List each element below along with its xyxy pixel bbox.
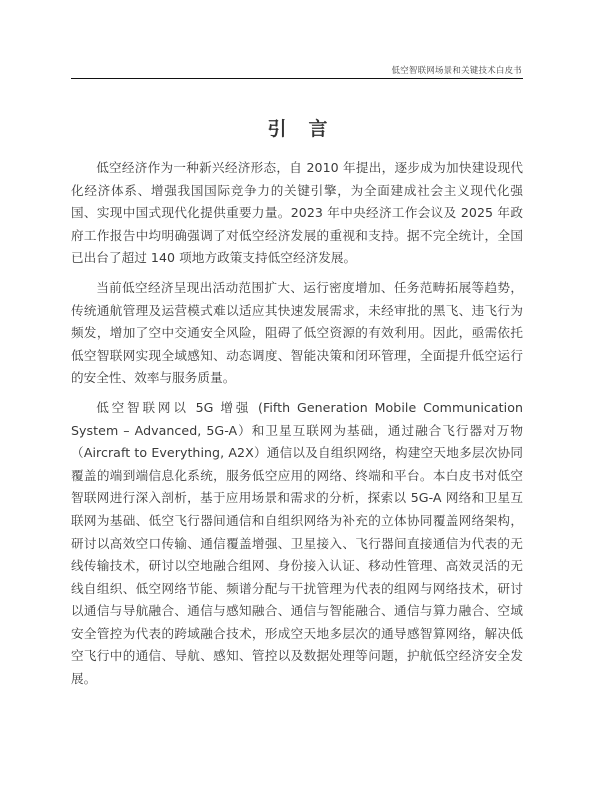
paragraph-3: 低空智联网以 5G 增强 (Fifth Generation Mobile Co… bbox=[71, 397, 523, 691]
paragraph-1: 低空经济作为一种新兴经济形态，自 2010 年提出，逐步成为加快建设现代化经济体… bbox=[71, 157, 523, 270]
page-title: 引言 bbox=[0, 114, 595, 141]
header-divider bbox=[71, 78, 523, 79]
running-header-title: 低空智联网场景和关键技术白皮书 bbox=[391, 64, 522, 76]
paragraph-2: 当前低空经济呈现出活动范围扩大、运行密度增加、任务范畴拓展等趋势，传统通航管理及… bbox=[71, 277, 523, 390]
body-content: 低空经济作为一种新兴经济形态，自 2010 年提出，逐步成为加快建设现代化经济体… bbox=[71, 157, 523, 698]
